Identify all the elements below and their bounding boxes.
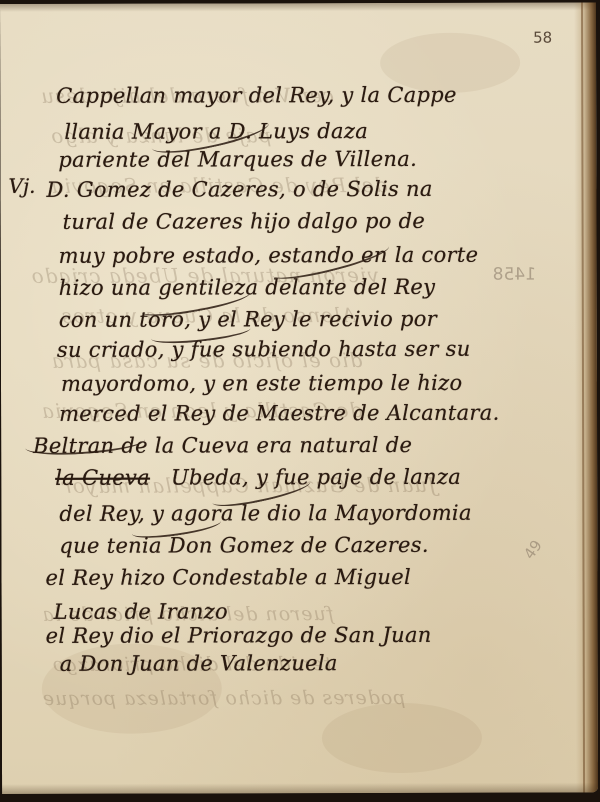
text-line: el Rey hizo Condestable a Miguel <box>45 567 411 589</box>
paper-stain <box>322 703 482 773</box>
margin-note: Vj. <box>8 176 35 196</box>
page-bottom-shadow <box>2 782 598 794</box>
text-line: pariente del Marques de Villena. <box>58 149 417 171</box>
pencil-year-mark: 1458 <box>493 265 536 285</box>
text-line: el Rey dio el Priorazgo de San Juan <box>46 625 432 647</box>
text-line: Lucas de Iranzo <box>54 601 228 622</box>
page-top-shadow <box>0 2 596 12</box>
text-line: del Rey, y agora le dio la Mayordomia <box>59 503 471 525</box>
text-line: su criado, y fue subiendo hasta ser su <box>57 339 471 361</box>
text-line: D. Gomez de Cazeres, o de Solis na <box>46 179 432 201</box>
text-line: merced el Rey de Maestre de Alcantara. <box>59 403 500 425</box>
text-line: Cappellan mayor del Rey, y la Cappe <box>56 85 457 107</box>
text-line: a Don Juan de Valenzuela <box>60 653 338 675</box>
text-line: que tenia Don Gomez de Cazeres. <box>59 535 428 557</box>
binding-edge <box>574 2 598 792</box>
text-line: tural de Cazeres hijo dalgo po de <box>63 211 426 233</box>
text-line-continuation: Ubeda, y fue paje de lanza <box>171 465 461 490</box>
struck-text: la Cueva <box>55 466 150 490</box>
text-line: muy pobre estado, estando en la corte <box>59 245 479 267</box>
pencil-lower-mark: 49 <box>520 537 546 563</box>
bleed-line: poderes de dicho fortaleza porque <box>42 687 406 710</box>
folio-number: 58 <box>533 31 552 46</box>
text-line: mayordomo, y en este tiempo le hizo <box>61 373 462 395</box>
manuscript-page: cer Vm fuera del hijo desu paje de lanza… <box>0 2 598 794</box>
